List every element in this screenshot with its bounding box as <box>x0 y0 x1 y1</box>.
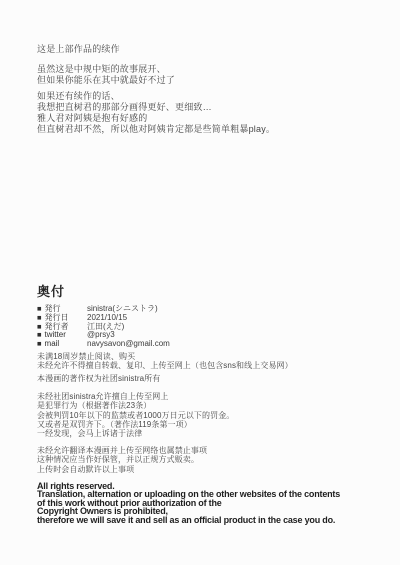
english-rights-notice: All rights reserved. Translation, altern… <box>37 482 340 524</box>
notice-upload-penalty: 未经社团sinistra允许擅自上传至网上 是犯罪行为（根据著作法23条） 会被… <box>37 392 234 429</box>
intro-paragraph-3: 如果还有续作的话、 我想把直树君的那部分画得更好、更细致… 雅人君对阿姨是抱有好… <box>37 91 275 135</box>
intro-paragraph-2: 虽然这是中规中矩的故事展开、 但如果你能乐在其中就最好不过了 <box>37 64 175 86</box>
intro-paragraph-1: 这是上部作品的续作 <box>37 44 120 55</box>
intro-line: 但如果你能乐在其中就最好不过了 <box>37 75 175 86</box>
notice-translation-prohibited: 未经允许翻译本漫画并上传至网络也属禁止事项 这种情况应当作好保管，并以正规方式贩… <box>37 446 207 474</box>
square-bullet-icon: ■ <box>37 340 42 349</box>
colophon-heading: 奥付 <box>37 285 65 299</box>
notice-line: 未经社团sinistra允许擅自上传至网上 <box>37 392 234 401</box>
colophon-page: 这是上部作品的续作 虽然这是中规中矩的故事展开、 但如果你能乐在其中就最好不过了… <box>0 0 400 565</box>
colophon-list: ■発行 sinistra(シニストラ) ■発行日 2021/10/15 ■発行者… <box>37 305 170 349</box>
notice-copyright-owner: 本漫画的著作权为社团sinistra所有 <box>37 374 160 383</box>
colophon-row-mail: ■mail navysavon@gmail.com <box>37 340 170 349</box>
intro-line: 雅人君对阿姨是抱有好感的 <box>37 113 275 124</box>
intro-line: 我想把直树君的那部分画得更好、更细致… <box>37 102 275 113</box>
notice-age-restriction: 未满18周岁禁止阅读、购买 未经允许不得擅自转载、复印、上传至网上（也包含sns… <box>37 352 293 371</box>
notice-line: 会被判罚10年以下的监禁或者1000万日元以下的罚金。 <box>37 411 234 420</box>
notice-line: 未满18周岁禁止阅读、购买 <box>37 352 293 361</box>
notice-line: 这种情况应当作好保管，并以正规方式贩卖。 <box>37 455 207 464</box>
intro-line: 这是上部作品的续作 <box>37 44 120 55</box>
notice-line: 又或者是双罚齐下。（著作法119条第一项） <box>37 420 234 429</box>
notice-line: 本漫画的著作权为社团sinistra所有 <box>37 374 160 383</box>
notice-legal-action: 一经发现，会马上诉诸于法律 <box>37 429 142 438</box>
notice-line: 是犯罪行为（根据著作法23条） <box>37 401 234 410</box>
notice-line: 上传时会自动默许以上事项 <box>37 465 207 474</box>
english-notice-line: therefore we will save it and sell as an… <box>37 516 340 524</box>
colophon-label: mail <box>45 340 60 349</box>
intro-line: 如果还有续作的话、 <box>37 91 275 102</box>
notice-line: 未经允许翻译本漫画并上传至网络也属禁止事项 <box>37 446 207 455</box>
intro-line: 但直树君却不然，所以他对阿姨肯定都是些简单粗暴play。 <box>37 124 275 135</box>
colophon-value-email: navysavon@gmail.com <box>87 340 170 349</box>
notice-line: 未经允许不得擅自转载、复印、上传至网上（也包含sns和线上交易网） <box>37 361 293 370</box>
notice-line: 一经发现，会马上诉诸于法律 <box>37 429 142 438</box>
intro-line: 虽然这是中规中矩的故事展开、 <box>37 64 175 75</box>
